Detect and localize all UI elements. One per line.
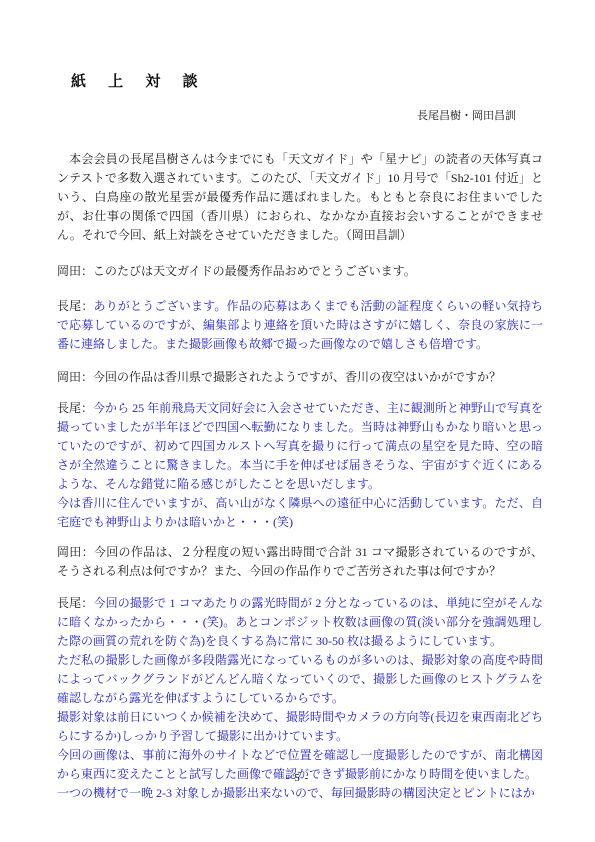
speech-text: 今回の作品は、２分程度の短い露出時間で合計 31 コマ撮影されているのですが、そ… — [57, 545, 543, 578]
speaker-label: 長尾： — [57, 401, 93, 415]
speech-text: 今から 25 年前飛鳥天文同好会に入会させていただき、主に観測所と神野山で写真を… — [57, 401, 543, 529]
byline: 長尾昌樹・岡田昌訓 — [57, 107, 543, 123]
intro-text: 本会会員の長尾昌樹さんは今までにも「天文ガイド」や「星ナビ」の読者の天体写真コン… — [57, 152, 543, 242]
speaker-label: 岡田： — [57, 264, 93, 278]
speech-text: ありがとうございます。作品の応募はあくまでも活動の証程度くらいの軽い気持ちで応募… — [57, 299, 543, 351]
dialogue-block-okada-2: 岡田：今回の作品は香川県で撮影されたようですが、香川の夜空はいかがですか？ — [57, 368, 543, 387]
speaker-label: 岡田： — [57, 370, 93, 384]
speech-text: このたびは天文ガイドの最優秀作品おめでとうございます。 — [93, 264, 416, 278]
dialogue-block-okada-3: 岡田：今回の作品は、２分程度の短い露出時間で合計 31 コマ撮影されているのです… — [57, 543, 543, 581]
dialogue-block-okada-1: 岡田：このたびは天文ガイドの最優秀作品おめでとうございます。 — [57, 262, 543, 281]
speaker-label: 長尾： — [57, 299, 94, 313]
speech-text: 今回の撮影で 1 コマあたりの露光時間が 2 分となっているのは、単純に空がそん… — [57, 596, 543, 800]
intro-paragraph: 本会会員の長尾昌樹さんは今までにも「天文ガイド」や「星ナビ」の読者の天体写真コン… — [57, 150, 543, 245]
document-page: 紙 上 対 談 長尾昌樹・岡田昌訓 本会会員の長尾昌樹さんは今までにも「天文ガイ… — [0, 0, 595, 842]
speech-text: 今回の作品は香川県で撮影されたようですが、香川の夜空はいかがですか？ — [93, 370, 501, 384]
page-title: 紙 上 対 談 — [71, 70, 207, 91]
speaker-label: 岡田： — [57, 545, 94, 559]
speaker-label: 長尾： — [57, 596, 93, 610]
dialogue-block-nagao-1: 長尾：ありがとうございます。作品の応募はあくまでも活動の証程度くらいの軽い気持ち… — [57, 297, 543, 354]
page-number: - 5 - — [0, 772, 595, 784]
dialogue-block-nagao-2: 長尾：今から 25 年前飛鳥天文同好会に入会させていただき、主に観測所と神野山で… — [57, 399, 543, 532]
